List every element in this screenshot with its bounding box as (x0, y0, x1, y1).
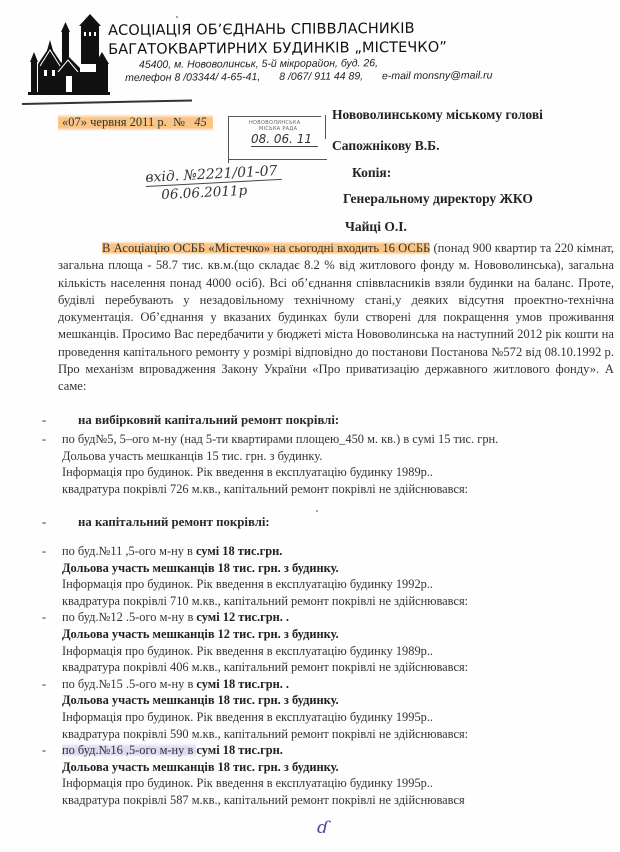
phone-primary: телефон 8 /03344/ 4-65-41, (125, 71, 260, 84)
building-address: по буд№5, 5–ого м-ну (над 5-ти квартирам… (62, 432, 498, 446)
list-item: - по буд.№15 .5-ого м-ну в сумі 18 тис.г… (40, 676, 600, 693)
list-dash: - (42, 413, 78, 428)
list-item: - по буд№5, 5–ого м-ну (над 5-ти квартир… (40, 431, 600, 448)
outgoing-number: 45 (194, 115, 207, 129)
share-line: Дольова участь мешканців 18 тис. грн. з … (40, 692, 600, 709)
roof-area: квадратура покрівлі 406 м.кв., капітальн… (62, 660, 468, 674)
info-line: Інформація про будинок. Рік введення в е… (40, 576, 600, 593)
phone-mobile: 8 /067/ 911 44 89, (279, 70, 363, 83)
building-address: по буд.№16 ,5-ого м-ну в (62, 743, 196, 757)
roof-area: квадратура покрівлі 726 м.кв., капітальн… (62, 482, 468, 496)
letterhead-divider (22, 99, 192, 105)
list-dash: - (42, 676, 46, 693)
resident-share: Дольова участь мешканців 15 тис. грн. з … (62, 449, 322, 463)
copy-label: Копія: (352, 165, 391, 181)
stamp-organization: НОВОВОЛИНСЬКА МІСЬКА РАДА (249, 120, 300, 132)
organization-name-line1: АСОЦІАЦІЯ ОБ’ЄДНАНЬ СПІВВЛАСНИКІВ (108, 20, 447, 41)
building-address: по буд.№12 .5-ого м-ну в (62, 610, 196, 624)
scan-speck (176, 16, 178, 18)
repair-amount: сумі 18 тис.грн. (196, 544, 282, 558)
handwritten-mark: ɗ (317, 818, 329, 838)
body-text: (понад 900 квартир та 220 кімнат, загаль… (58, 241, 614, 393)
list-dash: - (42, 515, 78, 530)
section-heading-text: на капітальний ремонт покрівлі: (78, 515, 270, 529)
outgoing-number-label: № (173, 115, 185, 129)
addressee-director-title: Генеральному директору ЖКО (343, 191, 533, 207)
scanned-letter-page: АСОЦІАЦІЯ ОБ’ЄДНАНЬ СПІВВЛАСНИКІВ БАГАТО… (0, 0, 620, 852)
info-line: Інформація про будинок. Рік введення в е… (40, 709, 600, 726)
building-info: Інформація про будинок. Рік введення в е… (62, 577, 433, 591)
repair-amount: сумі 18 тис.грн. . (196, 677, 289, 691)
share-line: Дольова участь мешканців 15 тис. грн. з … (40, 448, 600, 465)
section-capital-repair-items: - по буд.№11 ,5-ого м-ну в сумі 18 тис.г… (40, 543, 600, 809)
list-dash: - (42, 431, 46, 448)
outgoing-date: «07» червня 2011 р. (62, 115, 167, 129)
stamp-date: 08. 06. 11 (251, 132, 318, 147)
building-info: Інформація про будинок. Рік введення в е… (62, 644, 433, 658)
building-info: Інформація про будинок. Рік введення в е… (62, 776, 433, 790)
building-address: по буд.№15 .5-ого м-ну в (62, 677, 196, 691)
email-address: e-mail monsny@mail.ru (382, 69, 493, 82)
stamp-border (229, 159, 327, 160)
section-selective-repair-items: - по буд№5, 5–ого м-ну (над 5-ти квартир… (40, 431, 600, 497)
section-heading-text: на вибірковий капітальний ремонт покрівл… (78, 413, 339, 427)
list-dash: - (42, 742, 46, 759)
section-heading-selective-repair: -на вибірковий капітальний ремонт покрів… (42, 413, 339, 428)
handwritten-registration: вхід. №2221/01-07 06.06.2011р (145, 163, 283, 204)
resident-share: Дольова участь мешканців 18 тис. грн. з … (62, 693, 339, 707)
info-line: Інформація про будинок. Рік введення в е… (40, 775, 600, 792)
addressee-director-name: Чайці О.І. (345, 219, 407, 235)
addressee-mayor-name: Сапожнікову В.Б. (332, 138, 439, 154)
stamp-border (325, 115, 326, 139)
scan-speck (316, 510, 318, 512)
building-info: Інформація про будинок. Рік введення в е… (62, 465, 433, 479)
organization-phones-email: телефон 8 /03344/ 4-65-41, 8 /067/ 911 4… (125, 69, 508, 85)
roof-area: квадратура покрівлі 587 м.кв., капітальн… (62, 793, 465, 807)
area-line: квадратура покрівлі 406 м.кв., капітальн… (40, 659, 600, 676)
organization-contacts: 45400, м. Нововолинськ, 5-й мікрорайон, … (125, 56, 508, 85)
roof-area: квадратура покрівлі 590 м.кв., капітальн… (62, 727, 468, 741)
area-line: квадратура покрівлі 587 м.кв., капітальн… (40, 792, 600, 809)
repair-amount: сумі 12 тис.грн. . (196, 610, 289, 624)
addressee-mayor-title: Нововолинському міському голові (332, 107, 543, 123)
incoming-stamp: НОВОВОЛИНСЬКА МІСЬКА РАДА 08. 06. 11 (228, 116, 321, 163)
section-heading-capital-repair: -на капітальний ремонт покрівлі: (42, 515, 270, 530)
area-line: квадратура покрівлі 726 м.кв., капітальн… (40, 481, 600, 498)
building-address: по буд.№11 ,5-ого м-ну в (62, 544, 196, 558)
info-line: Інформація про будинок. Рік введення в е… (40, 464, 600, 481)
resident-share: Дольова участь мешканців 18 тис. грн. з … (62, 760, 339, 774)
roof-area: квадратура покрівлі 710 м.кв., капітальн… (62, 594, 468, 608)
list-item: - по буд.№11 ,5-ого м-ну в сумі 18 тис.г… (40, 543, 600, 560)
list-item: - по буд.№12 .5-ого м-ну в сумі 12 тис.г… (40, 609, 600, 626)
castle-logo-icon (26, 12, 112, 98)
letter-body: В Асоціацію ОСББ «Містечко» на сьогодні … (58, 240, 614, 396)
list-dash: - (42, 609, 46, 626)
scan-speck (150, 245, 152, 247)
highlighted-opening: В Асоціацію ОСББ «Містечко» на сьогодні … (102, 241, 430, 255)
resident-share: Дольова участь мешканців 18 тис. грн. з … (62, 561, 339, 575)
share-line: Дольова участь мешканців 12 тис. грн. з … (40, 626, 600, 643)
area-line: квадратура покрівлі 710 м.кв., капітальн… (40, 593, 600, 610)
building-info: Інформація про будинок. Рік введення в е… (62, 710, 433, 724)
share-line: Дольова участь мешканців 18 тис. грн. з … (40, 560, 600, 577)
repair-amount: сумі 18 тис.грн. (196, 743, 282, 757)
list-item: - по буд.№16 ,5-ого м-ну в сумі 18 тис.г… (40, 742, 600, 759)
outgoing-date-number: «07» червня 2011 р. № 45 (58, 114, 213, 131)
resident-share: Дольова участь мешканців 12 тис. грн. з … (62, 627, 339, 641)
area-line: квадратура покрівлі 590 м.кв., капітальн… (40, 726, 600, 743)
info-line: Інформація про будинок. Рік введення в е… (40, 643, 600, 660)
body-paragraph: В Асоціацію ОСББ «Містечко» на сьогодні … (58, 240, 614, 396)
share-line: Дольова участь мешканців 18 тис. грн. з … (40, 759, 600, 776)
list-dash: - (42, 543, 46, 560)
organization-name: АСОЦІАЦІЯ ОБ’ЄДНАНЬ СПІВВЛАСНИКІВ БАГАТО… (108, 20, 447, 60)
